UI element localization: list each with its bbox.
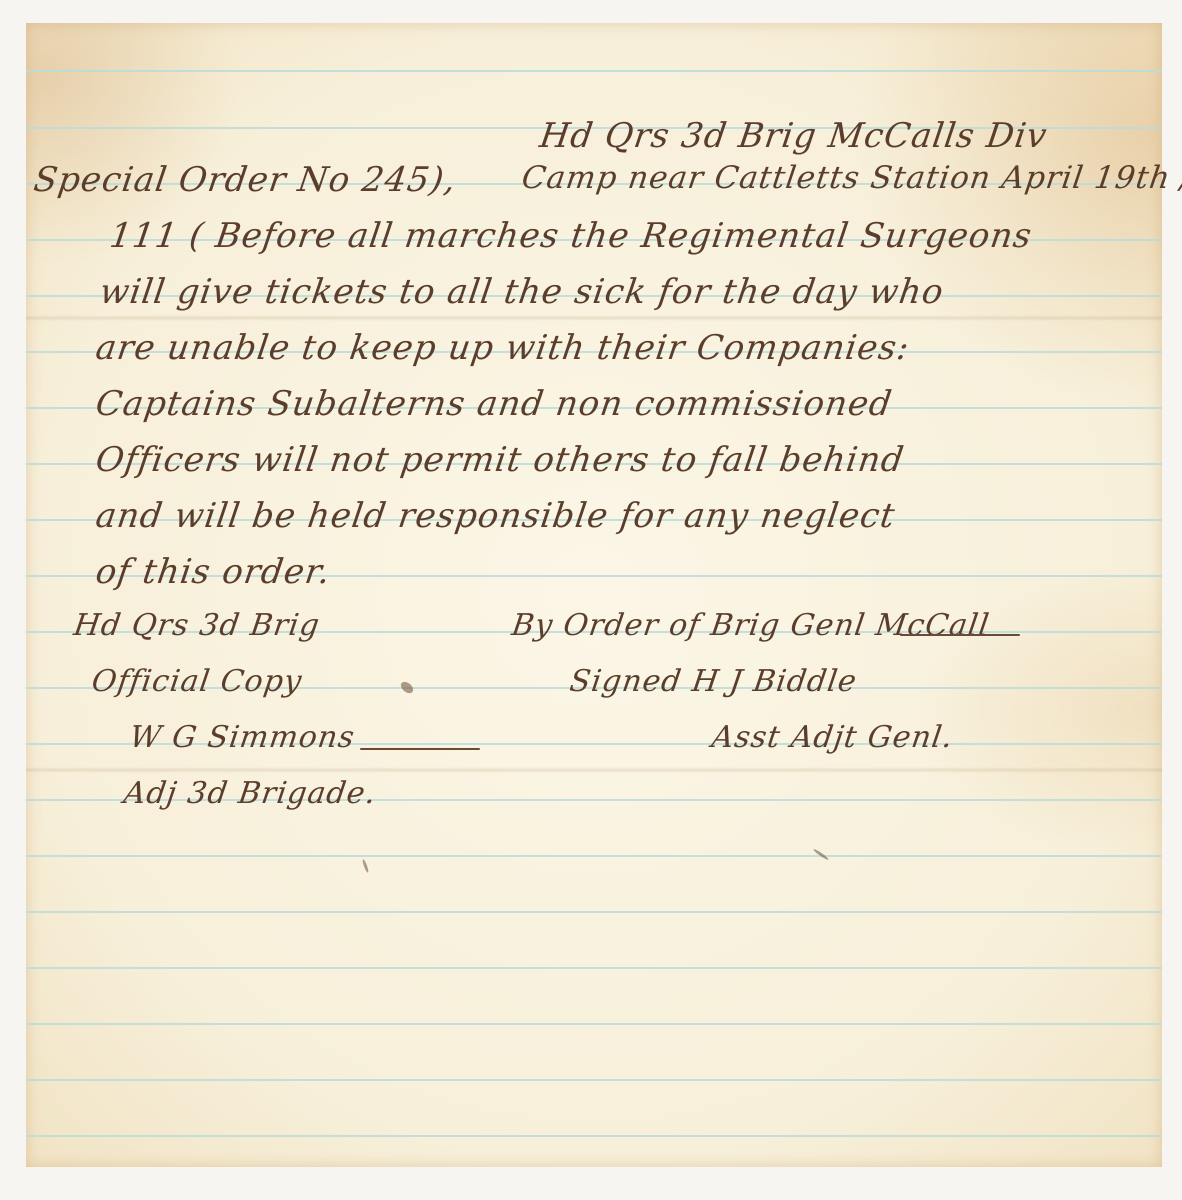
ruled-line — [26, 70, 1162, 72]
body-line: of this order. — [93, 552, 333, 592]
ruled-line — [26, 855, 1162, 857]
fold-crease — [26, 315, 1162, 321]
ruled-line — [26, 911, 1162, 913]
sig-right-title: Asst Adjt Genl. — [710, 720, 956, 755]
fold-crease — [26, 767, 1162, 773]
ink-mark — [362, 859, 370, 873]
signature-flourish — [900, 634, 1020, 636]
ink-stain — [399, 680, 416, 696]
ruled-line — [26, 1023, 1162, 1025]
body-line: Captains Subalterns and non commissioned — [93, 384, 895, 424]
sig-right-by-order: By Order of Brig Genl McCall — [510, 608, 992, 643]
ruled-line — [26, 1079, 1162, 1081]
signature-flourish — [360, 748, 480, 750]
heading: Hd Qrs 3d Brig McCalls Div — [537, 116, 1050, 156]
location-date: Camp near Cattletts Station April 19th /… — [519, 160, 1182, 196]
sig-right-signed: Signed H J Biddle — [568, 664, 860, 699]
sig-left-hq: Hd Qrs 3d Brig — [72, 608, 323, 643]
ruled-line — [26, 1135, 1162, 1137]
sig-left-signer: W G Simmons — [128, 720, 358, 755]
order-number: Special Order No 245), — [31, 160, 459, 200]
body-line: are unable to keep up with their Compani… — [93, 328, 912, 368]
body-line: 111 ( Before all marches the Regimental … — [107, 216, 1035, 256]
body-line: will give tickets to all the sick for th… — [97, 272, 946, 312]
sig-left-official-copy: Official Copy — [90, 664, 305, 699]
ruled-line — [26, 967, 1162, 969]
body-line: and will be held responsible for any neg… — [93, 496, 898, 536]
sig-left-title: Adj 3d Brigade. — [122, 776, 379, 811]
body-line: Officers will not permit others to fall … — [93, 440, 907, 480]
